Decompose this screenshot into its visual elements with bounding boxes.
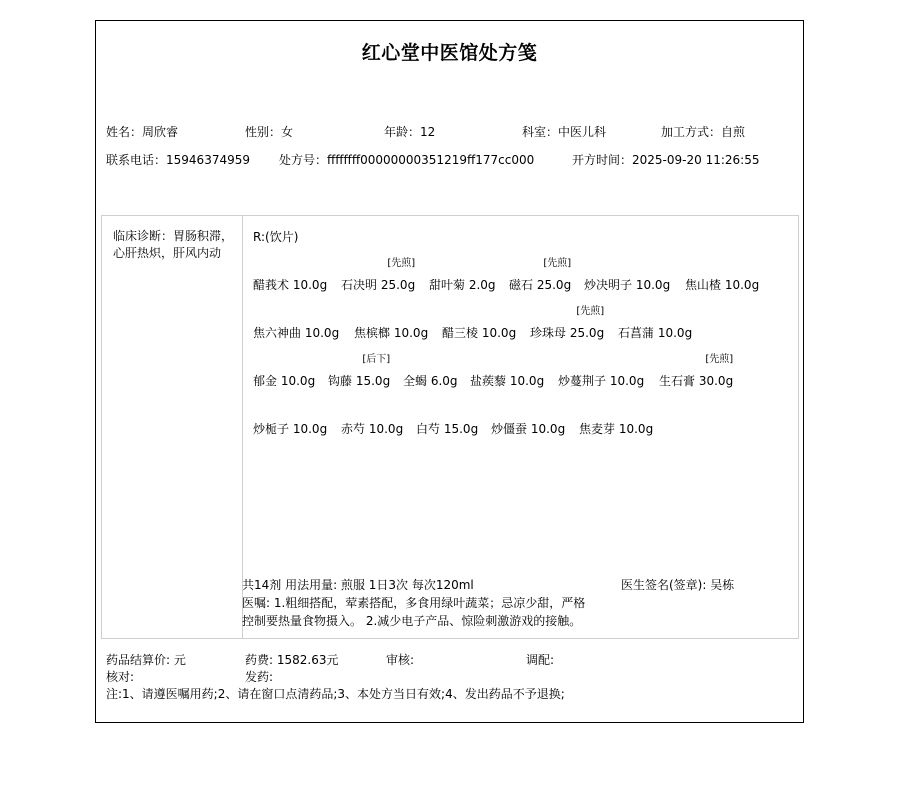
value: 中医儿科 <box>558 125 606 139</box>
herb-item: [后下]钩藤 15.0g <box>328 372 390 389</box>
herb-note: [先煎] <box>659 350 733 365</box>
clinical-diagnosis: 临床诊断：胃肠积滞，心肝热炽，肝风内动 <box>113 228 237 262</box>
check: 核对: <box>106 668 134 685</box>
herb-dose: 15.0g <box>356 374 390 388</box>
label: 性别： <box>245 125 281 139</box>
phone: 联系电话：15946374959 <box>106 151 250 168</box>
review: 审核: <box>386 651 414 668</box>
herb-dose: 25.0g <box>570 326 604 340</box>
prescription-table: 临床诊断：胃肠积滞，心肝热炽，肝风内动 R:(饮片) 醋莪术 10.0g [先煎… <box>101 215 799 639</box>
footer-notes: 注:1、请遵医嘱用药;2、请在窗口点清药品;3、本处方当日有效;4、发出药品不予… <box>106 685 565 702</box>
herb-item: 醋莪术 10.0g <box>253 276 327 293</box>
value: 12 <box>420 125 435 139</box>
drug-fee: 药费: 1582.63元 <box>245 651 338 668</box>
prescription-number: 处方号：ffffffff00000000351219ff177cc000 <box>279 151 534 168</box>
herb-item: [先煎]珍珠母 25.0g <box>530 324 604 341</box>
herb-dose: 10.0g <box>293 278 327 292</box>
label: 年龄： <box>384 125 420 139</box>
processing-method: 加工方式：自煎 <box>661 123 745 140</box>
herb-item: 炒栀子 10.0g <box>253 420 327 437</box>
label: 科室： <box>522 125 558 139</box>
herb-name: 珍珠母 <box>530 326 566 340</box>
herb-item: 焦山楂 10.0g <box>685 276 759 293</box>
herb-name: 生石膏 <box>659 374 695 388</box>
value: 自煎 <box>721 125 745 139</box>
herb-dose: 25.0g <box>537 278 571 292</box>
herb-name: 甜叶菊 <box>429 278 465 292</box>
herb-dose: 10.0g <box>305 326 339 340</box>
value: 15946374959 <box>166 153 250 167</box>
herb-dose: 15.0g <box>444 422 478 436</box>
herb-name: 焦六神曲 <box>253 326 301 340</box>
dispense: 调配: <box>526 651 554 668</box>
prescription-sheet: 红心堂中医馆处方笺 姓名：周欣睿 性别：女 年龄：12 科室：中医儿科 加工方式… <box>95 20 804 723</box>
herb-name: 炒栀子 <box>253 422 289 436</box>
herb-item: 甜叶菊 2.0g <box>429 276 496 293</box>
herb-item: 焦六神曲 10.0g <box>253 324 339 341</box>
page-title: 红心堂中医馆处方笺 <box>96 38 803 65</box>
label: 加工方式： <box>661 125 721 139</box>
column-divider <box>242 216 243 638</box>
herb-dose: 30.0g <box>699 374 733 388</box>
herb-dose: 10.0g <box>394 326 428 340</box>
herb-name: 石菖蒲 <box>618 326 654 340</box>
doctor-advice-line-1: 医嘱: 1.粗细搭配，荤素搭配，多食用绿叶蔬菜；忌凉少甜，严格 <box>242 594 622 612</box>
herb-name: 焦麦芽 <box>579 422 615 436</box>
patient-gender: 性别：女 <box>245 123 293 140</box>
herb-item: 炒决明子 10.0g <box>584 276 670 293</box>
patient-name: 姓名：周欣睿 <box>106 123 178 140</box>
herb-dose: 10.0g <box>610 374 644 388</box>
value: ffffffff00000000351219ff177cc000 <box>327 153 534 167</box>
herb-item: 醋三棱 10.0g <box>442 324 516 341</box>
doctor-advice-line-2: 控制要热量食物摄入。 2.减少电子产品、惊险刺激游戏的接触。 <box>242 612 622 630</box>
label: 联系电话： <box>106 153 166 167</box>
herb-item: 石菖蒲 10.0g <box>618 324 692 341</box>
herb-note: [先煎] <box>530 302 604 317</box>
value: 2025-09-20 11:26:55 <box>632 153 759 167</box>
herb-name: 全蝎 <box>403 374 427 388</box>
herb-dose: 10.0g <box>293 422 327 436</box>
department: 科室：中医儿科 <box>522 123 606 140</box>
herb-name: 炒决明子 <box>584 278 632 292</box>
herb-name: 郁金 <box>253 374 277 388</box>
herb-dose: 10.0g <box>636 278 670 292</box>
settlement-price: 药品结算价: 元 <box>106 651 186 668</box>
herb-item: [先煎]磁石 25.0g <box>509 276 571 293</box>
herb-item: 全蝎 6.0g <box>403 372 458 389</box>
herb-name: 焦山楂 <box>685 278 721 292</box>
herb-name: 磁石 <box>509 278 533 292</box>
value: 女 <box>281 125 293 139</box>
herb-dose: 10.0g <box>510 374 544 388</box>
value: 周欣睿 <box>142 125 178 139</box>
herb-name: 钩藤 <box>328 374 352 388</box>
herb-note: [先煎] <box>341 254 415 269</box>
rx-header: R:(饮片) <box>253 228 298 245</box>
usage-advice-block: 共14剂 用法用量: 煎服 1日3次 每次120ml 医嘱: 1.粗细搭配，荤素… <box>242 576 622 630</box>
herb-dose: 10.0g <box>619 422 653 436</box>
patient-age: 年龄：12 <box>384 123 435 140</box>
herb-name: 醋三棱 <box>442 326 478 340</box>
herb-item: [先煎]生石膏 30.0g <box>659 372 733 389</box>
herb-name: 石决明 <box>341 278 377 292</box>
usage-dosage: 共14剂 用法用量: 煎服 1日3次 每次120ml <box>242 576 622 594</box>
herb-dose: 10.0g <box>725 278 759 292</box>
herb-note: [后下] <box>328 350 390 365</box>
herb-item: 焦槟榔 10.0g <box>354 324 428 341</box>
herb-dose: 6.0g <box>431 374 458 388</box>
herb-note: [先煎] <box>509 254 571 269</box>
herb-name: 醋莪术 <box>253 278 289 292</box>
herb-dose: 10.0g <box>658 326 692 340</box>
herb-item: 焦麦芽 10.0g <box>579 420 653 437</box>
herb-item: 炒僵蚕 10.0g <box>491 420 565 437</box>
herb-name: 盐蒺藜 <box>470 374 506 388</box>
herb-name: 炒僵蚕 <box>491 422 527 436</box>
label: 处方号： <box>279 153 327 167</box>
herb-item: 赤芍 10.0g <box>341 420 403 437</box>
herb-name: 焦槟榔 <box>354 326 390 340</box>
herb-item: 白芍 15.0g <box>416 420 478 437</box>
herb-item: 炒蔓荆子 10.0g <box>558 372 644 389</box>
herb-dose: 2.0g <box>469 278 496 292</box>
herb-dose: 10.0g <box>482 326 516 340</box>
label: 开方时间： <box>572 153 632 167</box>
herb-name: 白芍 <box>416 422 440 436</box>
herb-item: [先煎]石决明 25.0g <box>341 276 415 293</box>
label: 姓名： <box>106 125 142 139</box>
prescription-time: 开方时间：2025-09-20 11:26:55 <box>572 151 759 168</box>
herb-dose: 25.0g <box>381 278 415 292</box>
herb-dose: 10.0g <box>369 422 403 436</box>
herb-name: 赤芍 <box>341 422 365 436</box>
doctor-signature: 医生签名(签章): 吴栋 <box>621 576 734 593</box>
herb-dose: 10.0g <box>281 374 315 388</box>
issue: 发药: <box>245 668 273 685</box>
herb-item: 盐蒺藜 10.0g <box>470 372 544 389</box>
herb-dose: 10.0g <box>531 422 565 436</box>
herb-name: 炒蔓荆子 <box>558 374 606 388</box>
herb-item: 郁金 10.0g <box>253 372 315 389</box>
